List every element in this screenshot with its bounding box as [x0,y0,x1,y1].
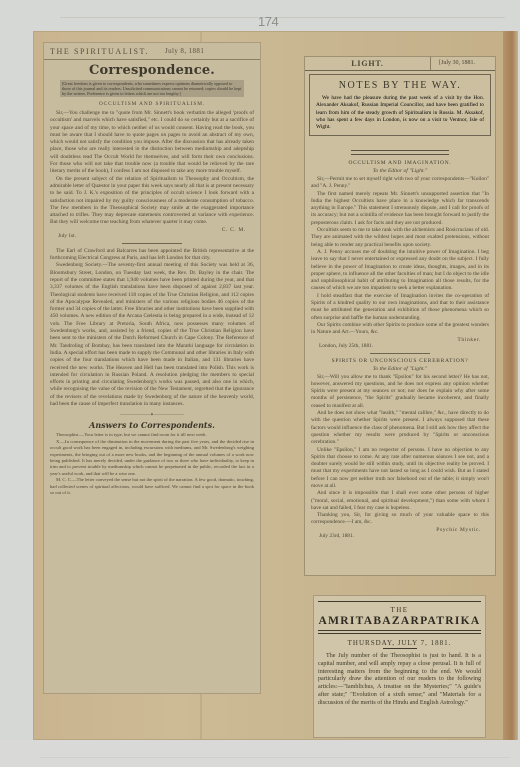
divider [383,648,417,649]
letter-paragraph: Thanking you, Sir, for giving so much of… [311,512,489,527]
letter-paragraph: Unlike "Epsilon," I am no respecter of p… [311,447,489,491]
article-text: The July number of the Theosophist is ju… [318,653,481,708]
notes-box: NOTES BY THE WAY. We have had the pleasu… [309,74,491,136]
correspondence-column: Correspondence. [Great freedom is given … [50,63,254,496]
news-paragraph: The Earl of Crawford and Balcarres has b… [50,248,254,263]
letter-paragraph: And he does not show what "health," "men… [311,410,489,446]
letter-date: July 23rd, 1881. [319,533,489,539]
running-head: LIGHT. [July 30, 1881. [305,57,495,71]
letter-paragraph: The first named merely repeats Mr. Sinne… [311,191,489,227]
letter-title: SPIRITS OR UNCONSCIOUS CEREBRATION? [311,358,489,364]
page-number: 174 [258,14,278,29]
clipping-spiritualist: THE SPIRITUALIST. July 8, 1881 Correspon… [44,43,260,693]
masthead-rule [318,630,481,634]
ornament-divider: ——————✦—————— [50,412,254,418]
letter-paragraph: Sir,—You challenge me to "quote from Mr.… [50,110,254,176]
notes-title: NOTES BY THE WAY. [316,80,484,91]
letters-column: OCCULTISM AND IMAGINATION. To the Editor… [311,145,489,541]
divider [370,353,430,354]
masthead-title: AMRITABAZARPATRIKA [314,615,485,627]
answer-paragraph: X.—In consequence of the diminution in t… [50,439,254,477]
clipping-light: LIGHT. [July 30, 1881. NOTES BY THE WAY.… [305,57,495,575]
scan-background [0,740,520,767]
pencil-line [40,757,510,758]
letter-paragraph: Sir,—Permit me to set myself right with … [311,176,489,191]
letter-date: London, July 25th, 1881. [319,343,489,349]
notes-text: We have had the pleasure during the past… [316,95,484,131]
letter-date: July 1st. [58,233,254,239]
divider [122,243,182,244]
letter-paragraph: Occultists seem to me to take rank with … [311,227,489,249]
editorial-notice: [Great freedom is given to correspondent… [60,80,244,97]
running-head: THE SPIRITUALIST. July 8, 1881 [44,43,260,60]
letter-paragraph: Sir,—Will you allow me to thank "Epsilon… [311,374,489,410]
newspaper-name: THE SPIRITUALIST. [44,47,165,56]
letter-title: OCCULTISM AND IMAGINATION. [311,160,489,166]
pencil-line [60,17,505,18]
issue-date: THURSDAY, JULY 7, 1881. [314,639,485,647]
issue-date: [July 30, 1881. [430,57,475,70]
page-edge [503,31,518,740]
letter-paragraph: A. J. Penny accuses me of doubting the i… [311,249,489,293]
clipping-amrita-bazar-patrika: THE AMRITABAZARPATRIKA THURSDAY, JULY 7,… [314,596,485,737]
letter-title: OCCULTISM AND SPIRITUALISM. [50,101,254,107]
issue-date: July 8, 1881 [165,47,204,55]
section-title: Correspondence. [50,63,254,78]
letter-salutation: To the Editor of "Light." [311,366,489,372]
letter-paragraph: And since it is impossible that I shall … [311,490,489,512]
letter-paragraph: On the present subject of the relation o… [50,176,254,227]
letter-paragraph: I hold steadfast that the exercise of Im… [311,293,489,322]
masthead-the: THE [318,601,481,614]
letter-salutation: To the Editor of "Light." [311,168,489,174]
divider [351,150,449,155]
answers-title: Answers to Correspondents. [50,420,254,430]
news-paragraph: Swedenborg Society.—The seventy-first an… [50,262,254,408]
answer-paragraph: M. C. C.—The letter conveyed the sense b… [50,477,254,496]
letter-paragraph: Our Spirits combine with other Spirits t… [311,322,489,337]
newspaper-name: LIGHT. [305,59,430,68]
